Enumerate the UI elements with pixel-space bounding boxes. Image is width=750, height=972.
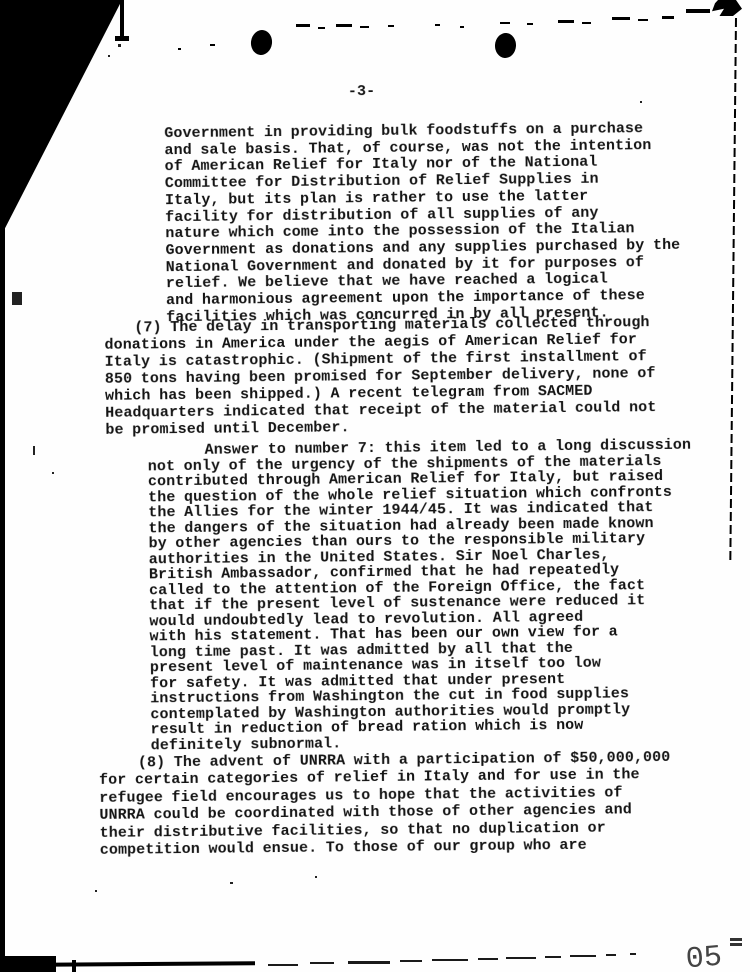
answer-7-paragraph: Answer to number 7: this item led to a l… bbox=[148, 437, 741, 753]
item-8-paragraph: (8) The advent of UNRRA with a participa… bbox=[99, 748, 740, 859]
typed-text-layer: -3- Government in providing bulk foodstu… bbox=[0, 0, 750, 972]
page-number: -3- bbox=[348, 83, 375, 100]
item-7-paragraph: (7) The delay in transporting materials … bbox=[104, 313, 715, 438]
continuation-paragraph: Government in providing bulk foodstuffs … bbox=[164, 120, 711, 326]
scanned-document-page: 05 -3- Government in providing bulk food… bbox=[0, 0, 750, 972]
